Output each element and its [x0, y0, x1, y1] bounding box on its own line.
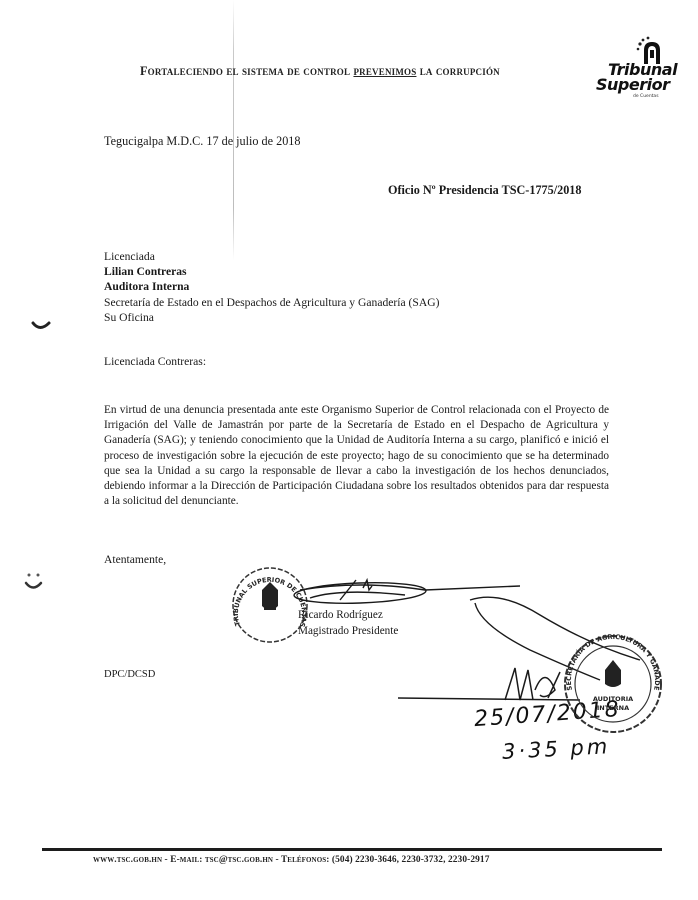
oficio-number: Oficio Nº Presidencia TSC-1775/2018: [388, 183, 582, 198]
signer-position: Magistrado Presidente: [298, 624, 398, 640]
reference-initials: DPC/DCSD: [104, 669, 155, 680]
recipient-institution: Secretaría de Estado en el Despachos de …: [104, 295, 439, 310]
motto-part-1: Fortaleciendo el sistema de control: [140, 64, 353, 78]
signer-name: Ricardo Rodríguez: [298, 608, 398, 624]
footer-rule: [42, 848, 662, 851]
recipient-block: Licenciada Lilian Contreras Auditora Int…: [104, 249, 439, 325]
punch-hole-mark-top: [33, 323, 49, 328]
motto-part-2: la corrupción: [416, 64, 499, 78]
handwritten-received-date: 25/07/2018: [473, 697, 621, 732]
motto-underlined: prevenimos: [353, 64, 416, 78]
recipient-name: Lilian Contreras: [104, 264, 439, 279]
signature-loop: [470, 597, 640, 680]
letter-body: En virtud de una denuncia presentada ant…: [104, 403, 609, 509]
scan-fold-line: [233, 0, 234, 260]
salutation: Licenciada Contreras:: [104, 355, 206, 368]
punch-hole-mark-bottom: [26, 574, 41, 588]
signer-block: Ricardo Rodríguez Magistrado Presidente: [298, 608, 398, 639]
svg-text:SECRETARÍA DE AGRICULTURA Y GA: SECRETARÍA DE AGRICULTURA Y GANADERÍA: [0, 0, 661, 691]
tsc-logo: Tribunal Superior de Cuentas: [596, 36, 684, 108]
handwritten-received-time: 3·35 pm: [501, 734, 610, 764]
signature-receiver: [398, 668, 580, 700]
header-motto: Fortaleciendo el sistema de control prev…: [140, 64, 500, 79]
closing: Atentamente,: [104, 553, 166, 566]
recipient-title: Licenciada: [104, 249, 439, 264]
recipient-position: Auditora Interna: [104, 279, 439, 294]
place-date: Tegucigalpa M.D.C. 17 de julio de 2018: [104, 134, 300, 149]
footer-contact: www.tsc.gob.hn - E-mail: tsc@tsc.gob.hn …: [93, 855, 489, 865]
recipient-location: Su Oficina: [104, 310, 439, 325]
signature-president: [294, 580, 520, 605]
logo-text-superior: Superior: [596, 77, 669, 92]
logo-text-cuentas: de Cuentas: [633, 94, 659, 99]
